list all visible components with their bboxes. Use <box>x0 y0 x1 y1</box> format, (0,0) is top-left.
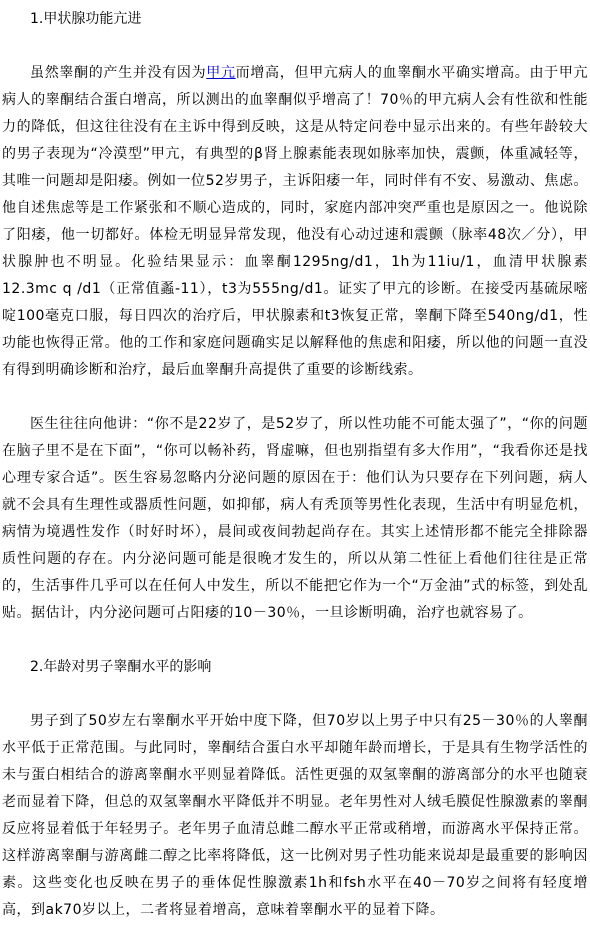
jiakang-link[interactable]: 甲亢 <box>206 65 235 81</box>
paragraph: 医生往往向他讲：“你不是22岁了，是52岁了，所以性功能不可能太强了”，“你的问… <box>2 411 588 627</box>
paragraph-text-before-link: 虽然睾酮的产生并没有因为 <box>30 65 206 81</box>
section-heading-hyperthyroidism: 1.甲状腺功能亢进 <box>2 6 588 33</box>
paragraph: 虽然睾酮的产生并没有因为甲亢而增高，但甲亢病人的血睾酮水平确实增高。由于甲亢病人… <box>2 60 588 384</box>
section-heading-age-testosterone: 2.年龄对男子睾酮水平的影响 <box>2 654 588 681</box>
article-body: 1.甲状腺功能亢进 虽然睾酮的产生并没有因为甲亢而增高，但甲亢病人的血睾酮水平确… <box>0 0 590 934</box>
paragraph-text-after-link: 而增高，但甲亢病人的血睾酮水平确实增高。由于甲亢病人的睾酮结合蛋白增高，所以测出… <box>2 65 588 378</box>
paragraph: 男子到了50岁左右睾酮水平开始中度下降，但70岁以上男子中只有25－30％的人睾… <box>2 708 588 924</box>
